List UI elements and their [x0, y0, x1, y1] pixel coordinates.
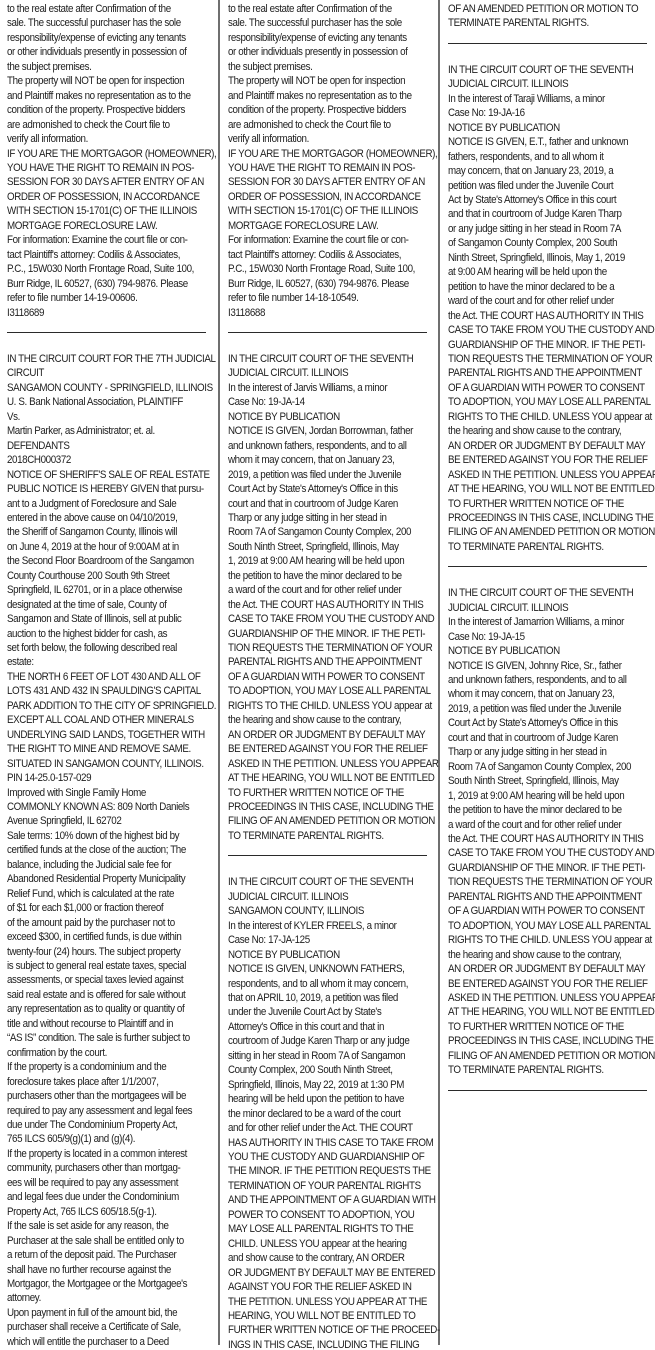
notice-text-line: POWER TO CONSENT TO ADOPTION, YOU: [228, 1208, 428, 1222]
notice-text-line: to the real estate after Confirmation of…: [228, 2, 428, 16]
notice-text-line: AND THE APPOINTMENT OF A GUARDIAN WITH: [228, 1193, 428, 1207]
notice-text-line: Case No: 19-JA-14: [228, 395, 428, 409]
notice-text-line: petition was filed under the Juvenile Co…: [448, 179, 648, 193]
notice-text-line: a ward of the court and for other relief…: [228, 583, 428, 597]
legal-notice: to the real estate after Confirmation of…: [7, 2, 207, 320]
legal-notice: OF AN AMENDED PETITION OR MOTION TOTERMI…: [448, 2, 648, 31]
notice-text-line: refer to file number 14-19-00606.: [7, 291, 207, 305]
notice-text-line: whom it may concern, that on January 23,: [228, 453, 428, 467]
notice-text-line: ant to a Judgment of Foreclosure and Sal…: [7, 497, 207, 511]
notice-text-line: Martin Parker, as Administrator; et. al.: [7, 424, 207, 438]
notice-text-line: MORTGAGE FORECLOSURE LAW.: [7, 219, 207, 233]
notice-text-line: In the interest of KYLER FREELS, a minor: [228, 919, 428, 933]
notice-text-line: JUDICIAL CIRCUIT. ILLINOIS: [228, 366, 428, 380]
notice-text-line: any representation as to quality or quan…: [7, 1002, 207, 1016]
notice-text-line: 2019, a petition was filed under the Juv…: [448, 702, 648, 716]
notice-text-line: or other individuals presently in posses…: [7, 45, 207, 59]
notice-text-line: verify all information.: [7, 132, 207, 146]
notice-text-line: WITH SECTION 15-1701(C) OF THE ILLINOIS: [228, 204, 428, 218]
notice-text-line: TION REQUESTS THE TERMINATION OF YOUR: [448, 875, 648, 889]
notice-text-line: Tharp or any judge sitting in her stead …: [448, 745, 648, 759]
notice-divider: [448, 43, 647, 44]
column-3: OF AN AMENDED PETITION OR MOTION TOTERMI…: [448, 0, 648, 1350]
notice-text-line: OR JUDGMENT BY DEFAULT MAY BE ENTERED: [228, 1266, 428, 1280]
notice-text-line: and legal fees due under the Condominium: [7, 1190, 207, 1204]
notice-text-line: the subject premises.: [228, 60, 428, 74]
notice-text-line: hearing will be held upon the petition t…: [228, 1092, 428, 1106]
notice-text-line: 2018CH000372: [7, 453, 207, 467]
notice-text-line: purchaser shall receive a Certificate of…: [7, 1320, 207, 1334]
notice-text-line: The property will NOT be open for inspec…: [228, 74, 428, 88]
notice-text-line: MAY LOSE ALL PARENTAL RIGHTS TO THE: [228, 1222, 428, 1236]
notice-text-line: In the interest of Jarvis Williams, a mi…: [228, 381, 428, 395]
notice-text-line: IF YOU ARE THE MORTGAGOR (HOMEOWNER),: [7, 147, 207, 161]
notice-text-line: CIRCUIT: [7, 366, 207, 380]
notice-text-line: Purchaser at the sale shall be entitled …: [7, 1234, 207, 1248]
notice-text-line: AGAINST YOU FOR THE RELIEF ASKED IN: [228, 1280, 428, 1294]
notice-text-line: JUDICIAL CIRCUIT. ILLINOIS: [448, 601, 648, 615]
notice-text-line: on June 4, 2019 at the hour of 9:00AM at…: [7, 540, 207, 554]
notice-text-line: 2019, a petition was filed under the Juv…: [228, 468, 428, 482]
notice-divider: [448, 1090, 647, 1091]
notice-text-line: AT THE HEARING, YOU WILL NOT BE ENTITLED: [228, 771, 428, 785]
notice-text-line: said real estate and is offered for sale…: [7, 988, 207, 1002]
notice-text-line: Case No: 19-JA-15: [448, 630, 648, 644]
notice-text-line: NOTICE BY PUBLICATION: [228, 410, 428, 424]
notice-text-line: CASE TO TAKE FROM YOU THE CUSTODY AND: [228, 612, 428, 626]
notice-text-line: South Ninth Street, Springfield, Illinoi…: [448, 774, 648, 788]
notice-text-line: IN THE CIRCUIT COURT OF THE SEVENTH: [448, 586, 648, 600]
notice-text-line: South Ninth Street, Springfield, Illinoi…: [228, 540, 428, 554]
notice-text-line: SANGAMON COUNTY - SPRINGFIELD, ILLINOIS: [7, 381, 207, 395]
notice-text-line: and Plaintiff makes no representation as…: [228, 89, 428, 103]
notice-text-line: tact Plaintiff's attorney: Codilis & Ass…: [7, 248, 207, 262]
legal-notice: IN THE CIRCUIT COURT OF THE SEVENTHJUDIC…: [448, 586, 648, 1077]
notice-text-line: assessments, or special taxes levied aga…: [7, 973, 207, 987]
notice-text-line: In the interest of Taraji Williams, a mi…: [448, 92, 648, 106]
notice-text-line: TION REQUESTS THE TERMINATION OF YOUR: [448, 352, 648, 366]
notice-text-line: NOTICE OF SHERIFF'S SALE OF REAL ESTATE: [7, 468, 207, 482]
notice-text-line: HEARING, YOU WILL NOT BE ENTITLED TO: [228, 1309, 428, 1323]
notice-text-line: at 9:00 AM hearing will be held upon the: [448, 265, 648, 279]
notice-text-line: respondents, and to all whom it may conc…: [228, 977, 428, 991]
notice-divider: [7, 332, 206, 333]
notice-text-line: and unknown fathers, respondents, and to…: [228, 439, 428, 453]
notice-text-line: Sale terms: 10% down of the highest bid …: [7, 829, 207, 843]
notice-text-line: P.C., 15W030 North Frontage Road, Suite …: [7, 262, 207, 276]
notice-text-line: 765 ILCS 605/9(g)(1) and (g)(4).: [7, 1132, 207, 1146]
notice-text-line: the minor declared to be a ward of the c…: [228, 1107, 428, 1121]
notice-text-line: JUDICIAL CIRCUIT. ILLINOIS: [448, 77, 648, 91]
notice-text-line: Vs.: [7, 410, 207, 424]
notice-text-line: the hearing and show cause to the contra…: [448, 948, 648, 962]
notice-text-line: of the amount paid by the purchaser not …: [7, 916, 207, 930]
notice-text-line: the petition to have the minor declared …: [448, 803, 648, 817]
notice-text-line: sale. The successful purchaser has the s…: [228, 16, 428, 30]
notice-text-line: County Complex, 200 South Ninth Street,: [228, 1063, 428, 1077]
notice-text-line: AT THE HEARING, YOU WILL NOT BE ENTITLED: [448, 482, 648, 496]
notice-text-line: ORDER OF POSSESSION, IN ACCORDANCE: [7, 190, 207, 204]
notice-text-line: Court Act by State's Attorney's Office i…: [448, 716, 648, 730]
notice-text-line: County Courthouse 200 South 9th Street: [7, 569, 207, 583]
column-1: to the real estate after Confirmation of…: [7, 0, 207, 1350]
notice-text-line: DEFENDANTS: [7, 439, 207, 453]
notice-text-line: Improved with Single Family Home: [7, 786, 207, 800]
notice-text-line: to the real estate after Confirmation of…: [7, 2, 207, 16]
notice-text-line: petition to have the minor declared to b…: [448, 280, 648, 294]
notice-text-line: Springfield, IL 62701, or in a place oth…: [7, 583, 207, 597]
notice-text-line: GUARDIANSHIP OF THE MINOR. IF THE PETI-: [228, 627, 428, 641]
notice-text-line: MORTGAGE FORECLOSURE LAW.: [228, 219, 428, 233]
notice-text-line: TO TERMINATE PARENTAL RIGHTS.: [228, 829, 428, 843]
notice-text-line: NOTICE BY PUBLICATION: [448, 121, 648, 135]
notice-text-line: that on APRIL 10, 2019, a petition was f…: [228, 991, 428, 1005]
notice-divider: [448, 566, 647, 567]
notice-text-line: the hearing and show cause to the contra…: [228, 713, 428, 727]
notice-text-line: and that in courtroom of Judge Karen Tha…: [448, 207, 648, 221]
notice-text-line: Mortgagor, the Mortgagee or the Mortgage…: [7, 1277, 207, 1291]
legal-notice: IN THE CIRCUIT COURT OF THE SEVENTHJUDIC…: [228, 352, 428, 843]
notice-text-line: which will entitle the purchaser to a De…: [7, 1335, 207, 1349]
notice-text-line: Case No: 17-JA-125: [228, 933, 428, 947]
notice-text-line: NOTICE IS GIVEN, Johnny Rice, Sr., fathe…: [448, 659, 648, 673]
notice-text-line: THE MINOR. IF THE PETITION REQUESTS THE: [228, 1164, 428, 1178]
notice-text-line: PARENTAL RIGHTS AND THE APPOINTMENT: [448, 366, 648, 380]
notice-text-line: For information: Examine the court file …: [228, 233, 428, 247]
notice-text-line: refer to file number 14-18-10549.: [228, 291, 428, 305]
notice-text-line: auction to the highest bidder for cash, …: [7, 627, 207, 641]
notice-divider: [228, 855, 427, 856]
notice-text-line: of Sangamon County Complex, 200 South: [448, 236, 648, 250]
notice-text-line: FURTHER WRITTEN NOTICE OF THE PROCEED-: [228, 1323, 428, 1337]
notice-text-line: the Act. THE COURT HAS AUTHORITY IN THIS: [228, 598, 428, 612]
notice-text-line: IN THE CIRCUIT COURT OF THE SEVENTH: [228, 875, 428, 889]
notice-text-line: CHILD. UNLESS YOU appear at the hearing: [228, 1237, 428, 1251]
notice-text-line: sale. The successful purchaser has the s…: [7, 16, 207, 30]
notice-text-line: NOTICE BY PUBLICATION: [228, 948, 428, 962]
notice-text-line: Upon payment in full of the amount bid, …: [7, 1306, 207, 1320]
notice-text-line: RIGHTS TO THE CHILD. UNLESS YOU appear a…: [228, 699, 428, 713]
notice-text-line: court and that in courtroom of Judge Kar…: [228, 497, 428, 511]
legal-notices-page: to the real estate after Confirmation of…: [0, 0, 655, 1350]
notice-text-line: HAS AUTHORITY IN THIS CASE TO TAKE FROM: [228, 1136, 428, 1150]
notice-text-line: Abandoned Residential Property Municipal…: [7, 872, 207, 886]
notice-text-line: 1, 2019 at 9:00 AM hearing will be held …: [228, 554, 428, 568]
notice-text-line: PARENTAL RIGHTS AND THE APPOINTMENT: [228, 655, 428, 669]
notice-text-line: TO ADOPTION, YOU MAY LOSE ALL PARENTAL: [228, 684, 428, 698]
notice-text-line: TO FURTHER WRITTEN NOTICE OF THE: [228, 786, 428, 800]
notice-text-line: Springfield, Illinois, May 22, 2019 at 1…: [228, 1078, 428, 1092]
notice-text-line: GUARDIANSHIP OF THE MINOR. IF THE PETI-: [448, 861, 648, 875]
notice-text-line: COMMONLY KNOWN AS: 809 North Daniels: [7, 800, 207, 814]
notice-text-line: Burr Ridge, IL 60527, (630) 794-9876. Pl…: [228, 277, 428, 291]
notice-text-line: THE RIGHT TO MINE AND REMOVE SAME.: [7, 742, 207, 756]
notice-text-line: SESSION FOR 30 DAYS AFTER ENTRY OF AN: [228, 175, 428, 189]
notice-text-line: GUARDIANSHIP OF THE MINOR. IF THE PETI-: [448, 338, 648, 352]
notice-text-line: Room 7A of Sangamon County Complex, 200: [228, 525, 428, 539]
notice-text-line: PIN 14-25.0-157-029: [7, 771, 207, 785]
notice-text-line: INGS IN THIS CASE, INCLUDING THE FILING: [228, 1338, 428, 1350]
notice-text-line: The property will NOT be open for inspec…: [7, 74, 207, 88]
notice-text-line: IN THE CIRCUIT COURT FOR THE 7TH JUDICIA…: [7, 352, 207, 366]
notice-text-line: whom it may concern, that on January 23,: [448, 687, 648, 701]
notice-text-line: SESSION FOR 30 DAYS AFTER ENTRY OF AN: [7, 175, 207, 189]
notice-text-line: and for other relief under the Act. THE …: [228, 1121, 428, 1135]
notice-text-line: PROCEEDINGS IN THIS CASE, INCLUDING THE: [448, 1034, 648, 1048]
notice-text-line: of $1 for each $1,000 or fraction thereo…: [7, 901, 207, 915]
notice-text-line: ASKED IN THE PETITION. UNLESS YOU APPEAR: [448, 991, 648, 1005]
notice-text-line: balance, including the Judicial sale fee…: [7, 858, 207, 872]
notice-text-line: THE NORTH 6 FEET OF LOT 430 AND ALL OF: [7, 670, 207, 684]
notice-text-line: AT THE HEARING, YOU WILL NOT BE ENTITLED: [448, 1005, 648, 1019]
notice-text-line: YOU THE CUSTODY AND GUARDIANSHIP OF: [228, 1150, 428, 1164]
notice-text-line: CASE TO TAKE FROM YOU THE CUSTODY AND: [448, 846, 648, 860]
notice-text-line: and Plaintiff makes no representation as…: [7, 89, 207, 103]
notice-text-line: TO ADOPTION, YOU MAY LOSE ALL PARENTAL: [448, 919, 648, 933]
notice-text-line: If the property is a condominium and the: [7, 1060, 207, 1074]
notice-text-line: ward of the court and for other relief u…: [448, 294, 648, 308]
notice-text-line: condition of the property. Prospective b…: [228, 103, 428, 117]
notice-text-line: Room 7A of Sangamon County Complex, 200: [448, 760, 648, 774]
notice-text-line: PROCEEDINGS IN THIS CASE, INCLUDING THE: [228, 800, 428, 814]
notice-text-line: PUBLIC NOTICE IS HEREBY GIVEN that pursu…: [7, 482, 207, 496]
notice-text-line: YOU HAVE THE RIGHT TO REMAIN IN POS-: [7, 161, 207, 175]
notice-text-line: the petition to have the minor declared …: [228, 569, 428, 583]
notice-text-line: PARENTAL RIGHTS AND THE APPOINTMENT: [448, 890, 648, 904]
notice-text-line: CASE TO TAKE FROM YOU THE CUSTODY AND: [448, 323, 648, 337]
notice-text-line: In the interest of Jamarrion Williams, a…: [448, 615, 648, 629]
notice-text-line: court and that in courtroom of Judge Kar…: [448, 731, 648, 745]
notice-text-line: Attorney's Office in this court and that…: [228, 1020, 428, 1034]
notice-text-line: estate:: [7, 655, 207, 669]
notice-text-line: YOU HAVE THE RIGHT TO REMAIN IN POS-: [228, 161, 428, 175]
notice-text-line: OF A GUARDIAN WITH POWER TO CONSENT: [448, 381, 648, 395]
notice-text-line: TERMINATE PARENTAL RIGHTS.: [448, 16, 648, 30]
notice-text-line: EXCEPT ALL COAL AND OTHER MINERALS: [7, 713, 207, 727]
notice-text-line: a return of the deposit paid. The Purcha…: [7, 1248, 207, 1262]
notice-text-line: BE ENTERED AGAINST YOU FOR THE RELIEF: [448, 453, 648, 467]
notice-divider: [228, 332, 427, 333]
notice-text-line: the Act. THE COURT HAS AUTHORITY IN THIS: [448, 309, 648, 323]
notice-text-line: may concern, that on January 23, 2019, a: [448, 164, 648, 178]
notice-text-line: ees will be required to pay any assessme…: [7, 1176, 207, 1190]
notice-text-line: TO TERMINATE PARENTAL RIGHTS.: [448, 1063, 648, 1077]
notice-text-line: OF A GUARDIAN WITH POWER TO CONSENT: [448, 904, 648, 918]
notice-text-line: or any judge sitting in her stead in Roo…: [448, 222, 648, 236]
notice-text-line: tact Plaintiff's attorney: Codilis & Ass…: [228, 248, 428, 262]
notice-text-line: RIGHTS TO THE CHILD. UNLESS YOU appear a…: [448, 410, 648, 424]
notice-text-line: RIGHTS TO THE CHILD. UNLESS YOU appear a…: [448, 933, 648, 947]
notice-text-line: IF YOU ARE THE MORTGAGOR (HOMEOWNER),: [228, 147, 428, 161]
notice-text-line: attorney.: [7, 1291, 207, 1305]
notice-text-line: ORDER OF POSSESSION, IN ACCORDANCE: [228, 190, 428, 204]
column-rule: [218, 0, 220, 1345]
notice-text-line: confirmation by the court.: [7, 1046, 207, 1060]
notice-text-line: TO TERMINATE PARENTAL RIGHTS.: [448, 540, 648, 554]
notice-text-line: responsibility/expense of evicting any t…: [7, 31, 207, 45]
notice-text-line: AN ORDER OR JUDGMENT BY DEFAULT MAY: [448, 439, 648, 453]
notice-text-line: NOTICE IS GIVEN, UNKNOWN FATHERS,: [228, 962, 428, 976]
column-2: to the real estate after Confirmation of…: [228, 0, 428, 1350]
notice-text-line: AN ORDER OR JUDGMENT BY DEFAULT MAY: [448, 962, 648, 976]
notice-text-line: ASKED IN THE PETITION. UNLESS YOU APPEAR: [448, 468, 648, 482]
notice-text-line: Sangamon and State of Illinois, sell at …: [7, 612, 207, 626]
notice-text-line: NOTICE IS GIVEN, Jordan Borrowman, fathe…: [228, 424, 428, 438]
notice-text-line: the Second Floor Boardroom of the Sangam…: [7, 554, 207, 568]
notice-text-line: AN ORDER OR JUDGMENT BY DEFAULT MAY: [228, 728, 428, 742]
notice-text-line: FILING OF AN AMENDED PETITION OR MOTION: [448, 525, 648, 539]
notice-text-line: Relief Fund, which is calculated at the …: [7, 887, 207, 901]
notice-text-line: are admonished to check the Court file t…: [7, 118, 207, 132]
legal-notice: to the real estate after Confirmation of…: [228, 2, 428, 320]
notice-text-line: BE ENTERED AGAINST YOU FOR THE RELIEF: [448, 977, 648, 991]
notice-text-line: set forth below, the following described…: [7, 641, 207, 655]
notice-text-line: entered in the above cause on 04/10/2019…: [7, 511, 207, 525]
notice-text-line: OF AN AMENDED PETITION OR MOTION TO: [448, 2, 648, 16]
notice-text-line: SITUATED IN SANGAMON COUNTY, ILLINOIS.: [7, 757, 207, 771]
notice-text-line: Property Act, 765 ILCS 605/18.5(g-1).: [7, 1205, 207, 1219]
notice-text-line: U. S. Bank National Association, PLAINTI…: [7, 395, 207, 409]
notice-text-line: TO ADOPTION, YOU MAY LOSE ALL PARENTAL: [448, 395, 648, 409]
notice-text-line: IN THE CIRCUIT COURT OF THE SEVENTH: [228, 352, 428, 366]
notice-text-line: purchasers other than the mortgagees wil…: [7, 1089, 207, 1103]
legal-notice: IN THE CIRCUIT COURT OF THE SEVENTHJUDIC…: [228, 875, 428, 1350]
notice-text-line: are admonished to check the Court file t…: [228, 118, 428, 132]
notice-text-line: Case No: 19-JA-16: [448, 106, 648, 120]
notice-text-line: For information: Examine the court file …: [7, 233, 207, 247]
notice-text-line: the Act. THE COURT HAS AUTHORITY IN THIS: [448, 832, 648, 846]
notice-text-line: designated at the time of sale, County o…: [7, 598, 207, 612]
notice-text-line: P.C., 15W030 North Frontage Road, Suite …: [228, 262, 428, 276]
notice-text-line: fathers, respondents, and to all whom it: [448, 150, 648, 164]
notice-text-line: FILING OF AN AMENDED PETITION OR MOTION: [228, 814, 428, 828]
notice-text-line: PROCEEDINGS IN THIS CASE, INCLUDING THE: [448, 511, 648, 525]
column-rule: [438, 0, 440, 1345]
notice-text-line: a ward of the court and for other relief…: [448, 818, 648, 832]
notice-text-line: If the property is located in a common i…: [7, 1147, 207, 1161]
notice-text-line: NOTICE IS GIVEN, E.T., father and unknow…: [448, 135, 648, 149]
notice-text-line: Burr Ridge, IL 60527, (630) 794-9876. Pl…: [7, 277, 207, 291]
notice-text-line: TION REQUESTS THE TERMINATION OF YOUR: [228, 641, 428, 655]
notice-text-line: responsibility/expense of evicting any t…: [228, 31, 428, 45]
notice-text-line: verify all information.: [228, 132, 428, 146]
notice-text-line: If the sale is set aside for any reason,…: [7, 1219, 207, 1233]
notice-text-line: THE PETITION. UNLESS YOU APPEAR AT THE: [228, 1295, 428, 1309]
notice-text-line: SANGAMON COUNTY, ILLINOIS: [228, 904, 428, 918]
notice-text-line: BE ENTERED AGAINST YOU FOR THE RELIEF: [228, 742, 428, 756]
notice-text-line: Avenue Springfield, IL 62702: [7, 814, 207, 828]
notice-text-line: is subject to general real estate taxes,…: [7, 959, 207, 973]
notice-text-line: due under The Condominium Property Act,: [7, 1118, 207, 1132]
notice-text-line: community, purchasers other than mortgag…: [7, 1161, 207, 1175]
notice-text-line: IN THE CIRCUIT COURT OF THE SEVENTH: [448, 63, 648, 77]
notice-text-line: the hearing and show cause to the contra…: [448, 424, 648, 438]
notice-text-line: PARK ADDITION TO THE CITY OF SPRINGFIELD…: [7, 699, 207, 713]
notice-text-line: TO FURTHER WRITTEN NOTICE OF THE: [448, 1020, 648, 1034]
notice-text-line: TERMINATION OF YOUR PARENTAL RIGHTS: [228, 1179, 428, 1193]
notice-text-line: courtroom of Judge Karen Tharp or any ju…: [228, 1034, 428, 1048]
notice-text-line: FILING OF AN AMENDED PETITION OR MOTION: [448, 1049, 648, 1063]
notice-text-line: required to pay any assessment and legal…: [7, 1104, 207, 1118]
notice-text-line: I3118688: [228, 306, 428, 320]
notice-text-line: and unknown fathers, respondents, and to…: [448, 673, 648, 687]
notice-text-line: twenty-four (24) hours. The subject prop…: [7, 945, 207, 959]
notice-text-line: sitting in her stead in Room 7A of Sanga…: [228, 1049, 428, 1063]
notice-text-line: NOTICE BY PUBLICATION: [448, 644, 648, 658]
notice-text-line: the subject premises.: [7, 60, 207, 74]
notice-text-line: “AS IS” condition. The sale is further s…: [7, 1031, 207, 1045]
notice-text-line: I3118689: [7, 306, 207, 320]
notice-text-line: Ninth Street, Springfield, Illinois, May…: [448, 251, 648, 265]
notice-text-line: LOTS 431 AND 432 IN SPAULDING'S CAPITAL: [7, 684, 207, 698]
notice-text-line: the Sheriff of Sangamon County, Illinois…: [7, 525, 207, 539]
notice-text-line: condition of the property. Prospective b…: [7, 103, 207, 117]
notice-text-line: UNDERLYING SAID LANDS, TOGETHER WITH: [7, 728, 207, 742]
notice-text-line: under the Juvenile Court Act by State's: [228, 1005, 428, 1019]
notice-text-line: exceed $300, in certified funds, is due …: [7, 930, 207, 944]
notice-text-line: Court Act by State's Attorney's Office i…: [228, 482, 428, 496]
notice-text-line: shall have no further recourse against t…: [7, 1263, 207, 1277]
notice-text-line: TO FURTHER WRITTEN NOTICE OF THE: [448, 497, 648, 511]
notice-text-line: WITH SECTION 15-1701(C) OF THE ILLINOIS: [7, 204, 207, 218]
notice-text-line: Act by State's Attorney's Office in this…: [448, 193, 648, 207]
notice-text-line: title and without recourse to Plaintiff …: [7, 1017, 207, 1031]
notice-text-line: or other individuals presently in posses…: [228, 45, 428, 59]
notice-text-line: foreclosure takes place after 1/1/2007,: [7, 1075, 207, 1089]
legal-notice: IN THE CIRCUIT COURT OF THE SEVENTHJUDIC…: [448, 63, 648, 554]
notice-text-line: and show cause to the contrary, AN ORDER: [228, 1251, 428, 1265]
notice-text-line: ASKED IN THE PETITION. UNLESS YOU APPEAR: [228, 757, 428, 771]
notice-text-line: OF A GUARDIAN WITH POWER TO CONSENT: [228, 670, 428, 684]
notice-text-line: JUDICIAL CIRCUIT. ILLINOIS: [228, 890, 428, 904]
legal-notice: IN THE CIRCUIT COURT FOR THE 7TH JUDICIA…: [7, 352, 207, 1349]
notice-text-line: 1, 2019 at 9:00 AM hearing will be held …: [448, 789, 648, 803]
notice-text-line: certified funds at the close of the auct…: [7, 843, 207, 857]
notice-text-line: Tharp or any judge sitting in her stead …: [228, 511, 428, 525]
